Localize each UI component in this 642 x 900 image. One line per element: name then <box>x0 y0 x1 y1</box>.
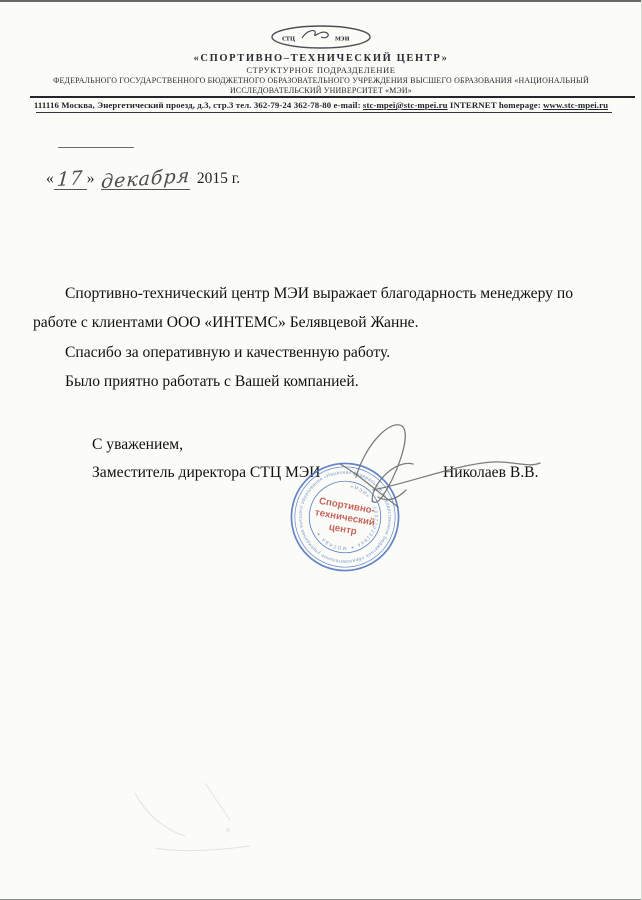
paragraph-gratitude: Спортивно-технический центр МЭИ выражает… <box>33 279 609 338</box>
paragraph-pleasure: Было приятно работать с Вашей компанией. <box>33 367 609 396</box>
close-quote: » <box>87 170 95 190</box>
stc-mei-logo-icon: стц мэи <box>269 24 373 50</box>
open-quote: « <box>46 170 54 190</box>
logo-left-text: стц <box>282 33 295 43</box>
homepage-label: INTERNET homepage: <box>448 100 543 110</box>
paragraph-thanks: Спасибо за оперативную и качественную ра… <box>33 338 609 367</box>
homepage-link[interactable]: www.stc-mpei.ru <box>543 100 608 110</box>
logo-right-text: мэи <box>335 33 350 43</box>
letterhead: стц мэи «СПОРТИВНО–ТЕХНИЧЕСКИЙ ЦЕНТР» СТ… <box>0 24 642 95</box>
letter-body: Спортивно-технический центр МЭИ выражает… <box>33 279 609 397</box>
letterhead-rule-thin <box>36 112 612 113</box>
handwritten-day: 17 <box>57 169 84 190</box>
date-line: « 17 » декабря 2015 г. <box>46 160 240 190</box>
handwritten-month: декабря <box>100 167 190 192</box>
address-phone-text: 111116 Москва, Энергетический проезд, д.… <box>34 100 363 110</box>
letterhead-rule-thick <box>30 96 635 98</box>
month-blank: декабря <box>101 170 190 190</box>
org-subtitle: СТРУКТУРНОЕ ПОДРАЗДЕЛЕНИЕ <box>0 65 642 76</box>
faint-pencil-marks <box>110 778 300 873</box>
scanned-letter-page: стц мэи «СПОРТИВНО–ТЕХНИЧЕСКИЙ ЦЕНТР» СТ… <box>0 0 642 900</box>
year-text: 2015 г. <box>197 170 240 190</box>
day-blank: 17 <box>54 170 87 190</box>
email-link[interactable]: stc-mpei@stc-mpei.ru <box>363 100 448 110</box>
org-line1: ФЕДЕРАЛЬНОГО ГОСУДАРСТВЕННОГО БЮДЖЕТНОГО… <box>0 76 642 86</box>
org-title: «СПОРТИВНО–ТЕХНИЧЕСКИЙ ЦЕНТР» <box>0 53 642 65</box>
number-blank-line <box>58 147 134 148</box>
handwritten-signature <box>318 402 548 520</box>
scan-edge-top <box>0 0 642 2</box>
org-line2: ИССЛЕДОВАТЕЛЬСКИЙ УНИВЕРСИТЕТ «МЭИ» <box>0 86 642 96</box>
logo-script-flourish <box>302 31 328 38</box>
salutation: С уважением, <box>92 436 183 454</box>
contact-line: 111116 Москва, Энергетический проезд, д.… <box>0 100 642 110</box>
